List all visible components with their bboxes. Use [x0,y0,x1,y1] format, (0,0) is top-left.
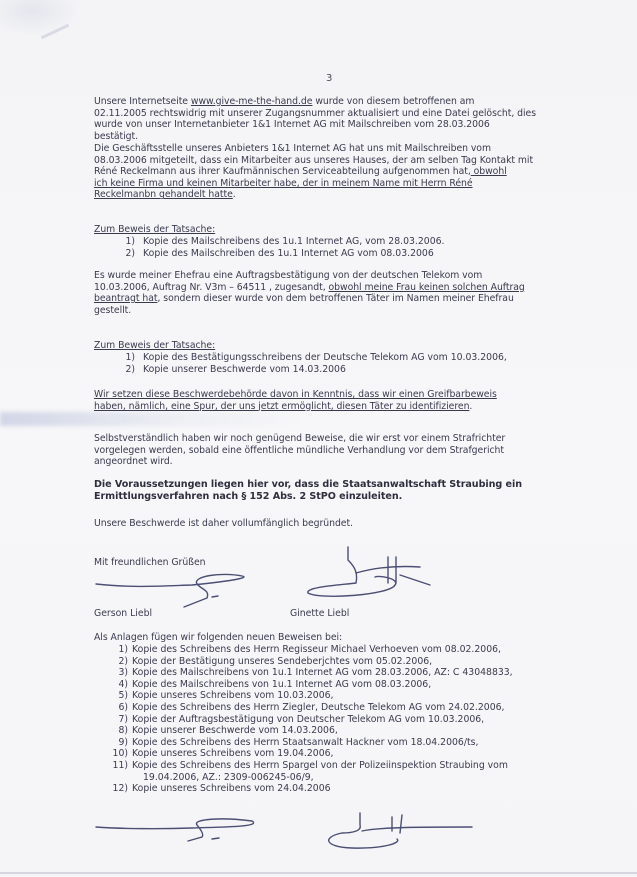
signatory-name-ginette: Ginette Liebl [290,608,349,619]
annex-item: 4)Kopie des Mailschreibens von 1u.1 Inte… [108,679,513,691]
signature-ginette-bottom [322,813,482,853]
annex-item: 12)Kopie unseres Schreibens vom 24.04.20… [108,783,513,795]
item-text: Kopie unseres Schreibens vom 19.04.2006, [132,748,334,760]
item-number: 1) [113,236,143,248]
scanned-letter-page: 3 Unsere Internetseite www.give-me-the-h… [0,0,637,877]
item-text: Kopie des Bestätigungsschreibens der Deu… [143,352,507,364]
text-line: gestellt. [94,305,564,317]
evidence-heading-2: Zum Beweis der Tatsache: [94,340,564,352]
scan-edge [0,872,637,874]
signature-ginette [300,545,440,600]
paragraph-evidence-trace: Wir setzen diese Beschwerdebehörde davon… [94,389,564,412]
item-text: Kopie des Mailschreibens von 1u.1 Intern… [132,667,513,679]
annex-item: 19.04.2006, AZ.: 2309-006245-06/9, [108,772,513,784]
annex-item: 9)Kopie des Schreibens des Herrn Staatsa… [108,737,513,749]
item-number: 11) [108,760,132,772]
evidence-list-1: 1)Kopie des Mailschreibens des 1u.1 Inte… [113,236,445,259]
item-number: 12) [108,783,132,795]
underlined-text: obwohl meine Frau keinen solchen Auftrag [329,282,525,293]
annex-list: 1)Kopie des Schreibens des Herrn Regisse… [108,644,513,795]
list-item: 2)Kopie des Mailschreiben des 1u.1 Inter… [113,248,445,260]
item-text: Kopie des Schreibens des Herrn Regisseur… [132,644,501,656]
item-number: 2) [108,656,132,668]
item-text: 19.04.2006, AZ.: 2309-006245-06/9, [132,772,314,784]
heading: Zum Beweis der Tatsache: [94,224,215,235]
text: . [469,401,472,412]
website-link[interactable]: www.give-me-the-hand.de [191,96,313,107]
item-number [108,772,132,784]
item-text: Kopie des Schreibens des Herrn Spargel v… [132,760,508,772]
item-text: Kopie des Schreibens des Herrn Ziegler, … [132,702,505,714]
underlined-text: obwohl [471,166,507,177]
underlined-text: haben, nämlich, eine Spur, der uns jetzt… [94,401,469,412]
underlined-text: ich keine Firma und keinen Mitarbeiter h… [94,178,473,189]
text: . [233,189,236,200]
underlined-text: beantragt hat [94,293,157,304]
item-number: 6) [108,702,132,714]
text-line: vorgelegen werden, sobald eine öffentlic… [94,445,564,457]
item-text: Kopie unseres Schreibens vom 24.04.2006 [132,783,331,795]
signature-gerson-bottom [92,817,262,849]
item-text: Kopie unseres Schreibens vom 10.03.2006, [132,690,334,702]
item-number: 7) [108,714,132,726]
underlined-text: Wir setzen diese Beschwerdebehörde davon… [94,389,497,400]
item-number: 3) [108,667,132,679]
item-number: 2) [113,248,143,260]
item-text: Kopie des Schreibens des Herrn Staatsanw… [132,737,478,749]
paragraph-website: Unsere Internetseite www.give-me-the-han… [94,96,564,142]
item-number: 5) [108,690,132,702]
item-number: 8) [108,725,132,737]
signature-gerson [92,572,262,612]
annex-item: 11)Kopie des Schreibens des Herrn Sparge… [108,760,513,772]
paragraph-provider: Die Geschäftsstelle unseres Anbieters 1&… [94,143,564,201]
annex-item: 10)Kopie unseres Schreibens vom 19.04.20… [108,748,513,760]
underlined-text: Reckelmanbn gehandelt hatte [94,189,233,200]
text: Réné Reckelmann aus ihrer Kaufmännischen… [94,166,471,177]
text-line: 02.11.2005 rechtswidrig mit unserer Zuga… [94,108,564,120]
item-text: Kopie des Mailschreiben des 1u.1 Interne… [143,248,434,260]
scan-streak [0,412,300,426]
text-line: wurde von unser Internetanbieter 1&1 Int… [94,119,564,131]
annex-item: 1)Kopie des Schreibens des Herrn Regisse… [108,644,513,656]
signatory-name-gerson: Gerson Liebl [94,608,152,619]
list-item: 1)Kopie des Bestätigungsschreibens der D… [113,352,507,364]
list-item: 1)Kopie des Mailschreibens des 1u.1 Inte… [113,236,445,248]
item-number: 2) [113,364,143,376]
item-number: 9) [108,737,132,749]
text-line: Die Geschäftsstelle unseres Anbieters 1&… [94,143,564,155]
evidence-heading-1: Zum Beweis der Tatsache: [94,224,564,236]
item-text: Kopie der Bestätigung unseres Sendeberjc… [132,656,432,668]
text-line: Selbstverständlich haben wir noch genüge… [94,433,564,445]
item-text: Kopie des Mailschreibens des 1u.1 Intern… [143,236,445,248]
annex-item: 8)Kopie unserer Beschwerde vom 14.03.200… [108,725,513,737]
paragraph-conclusion-bold: Die Voraussetzungen liegen hier vor, das… [94,479,564,502]
item-text: Kopie des Mailschreibens von 1u.1 Intern… [132,679,431,691]
text: wurde von diesem betroffenen am [312,96,474,107]
scan-smudge [0,0,80,36]
text: Unsere Internetseite [94,96,191,107]
item-number: 1) [113,352,143,364]
annex-item: 5)Kopie unseres Schreibens vom 10.03.200… [108,690,513,702]
item-number: 1) [108,644,132,656]
item-number: 4) [108,679,132,691]
text-line: angeordnet wird. [94,456,564,468]
annex-intro: Als Anlagen fügen wir folgenden neuen Be… [94,632,564,644]
text-line: Ermittlungsverfahren nach § 152 Abs. 2 S… [94,491,564,503]
text-line: Die Voraussetzungen liegen hier vor, das… [94,479,564,491]
item-text: Kopie der Auftragsbestätigung von Deutsc… [132,714,484,726]
paragraph-justified: Unsere Beschwerde ist daher vollumfängli… [94,518,564,530]
annex-item: 3)Kopie des Mailschreibens von 1u.1 Inte… [108,667,513,679]
text: 10.03.2006, Auftrag Nr. V3m – 64511 , zu… [94,282,329,293]
list-item: 2)Kopie unserer Beschwerde vom 14.03.200… [113,364,507,376]
item-number: 10) [108,748,132,760]
text: , sondern dieser wurde von dem betroffen… [157,293,513,304]
text-line: bestätigt. [94,131,564,143]
item-text: Kopie unserer Beschwerde vom 14.03.2006 [143,364,346,376]
text-line: Es wurde meiner Ehefrau eine Auftragsbes… [94,270,564,282]
page-number: 3 [326,73,332,84]
item-text: Kopie unserer Beschwerde vom 14.03.2006, [132,725,338,737]
paragraph-further-evidence: Selbstverständlich haben wir noch genüge… [94,433,564,468]
annex-item: 7)Kopie der Auftragsbestätigung von Deut… [108,714,513,726]
annex-item: 6)Kopie des Schreibens des Herrn Ziegler… [108,702,513,714]
text-line: 08.03.2006 mitgeteilt, dass ein Mitarbei… [94,155,564,167]
heading: Zum Beweis der Tatsache: [94,340,215,351]
annex-item: 2)Kopie der Bestätigung unseres Sendeber… [108,656,513,668]
paragraph-telekom: Es wurde meiner Ehefrau eine Auftragsbes… [94,270,564,316]
evidence-list-2: 1)Kopie des Bestätigungsschreibens der D… [113,352,507,375]
